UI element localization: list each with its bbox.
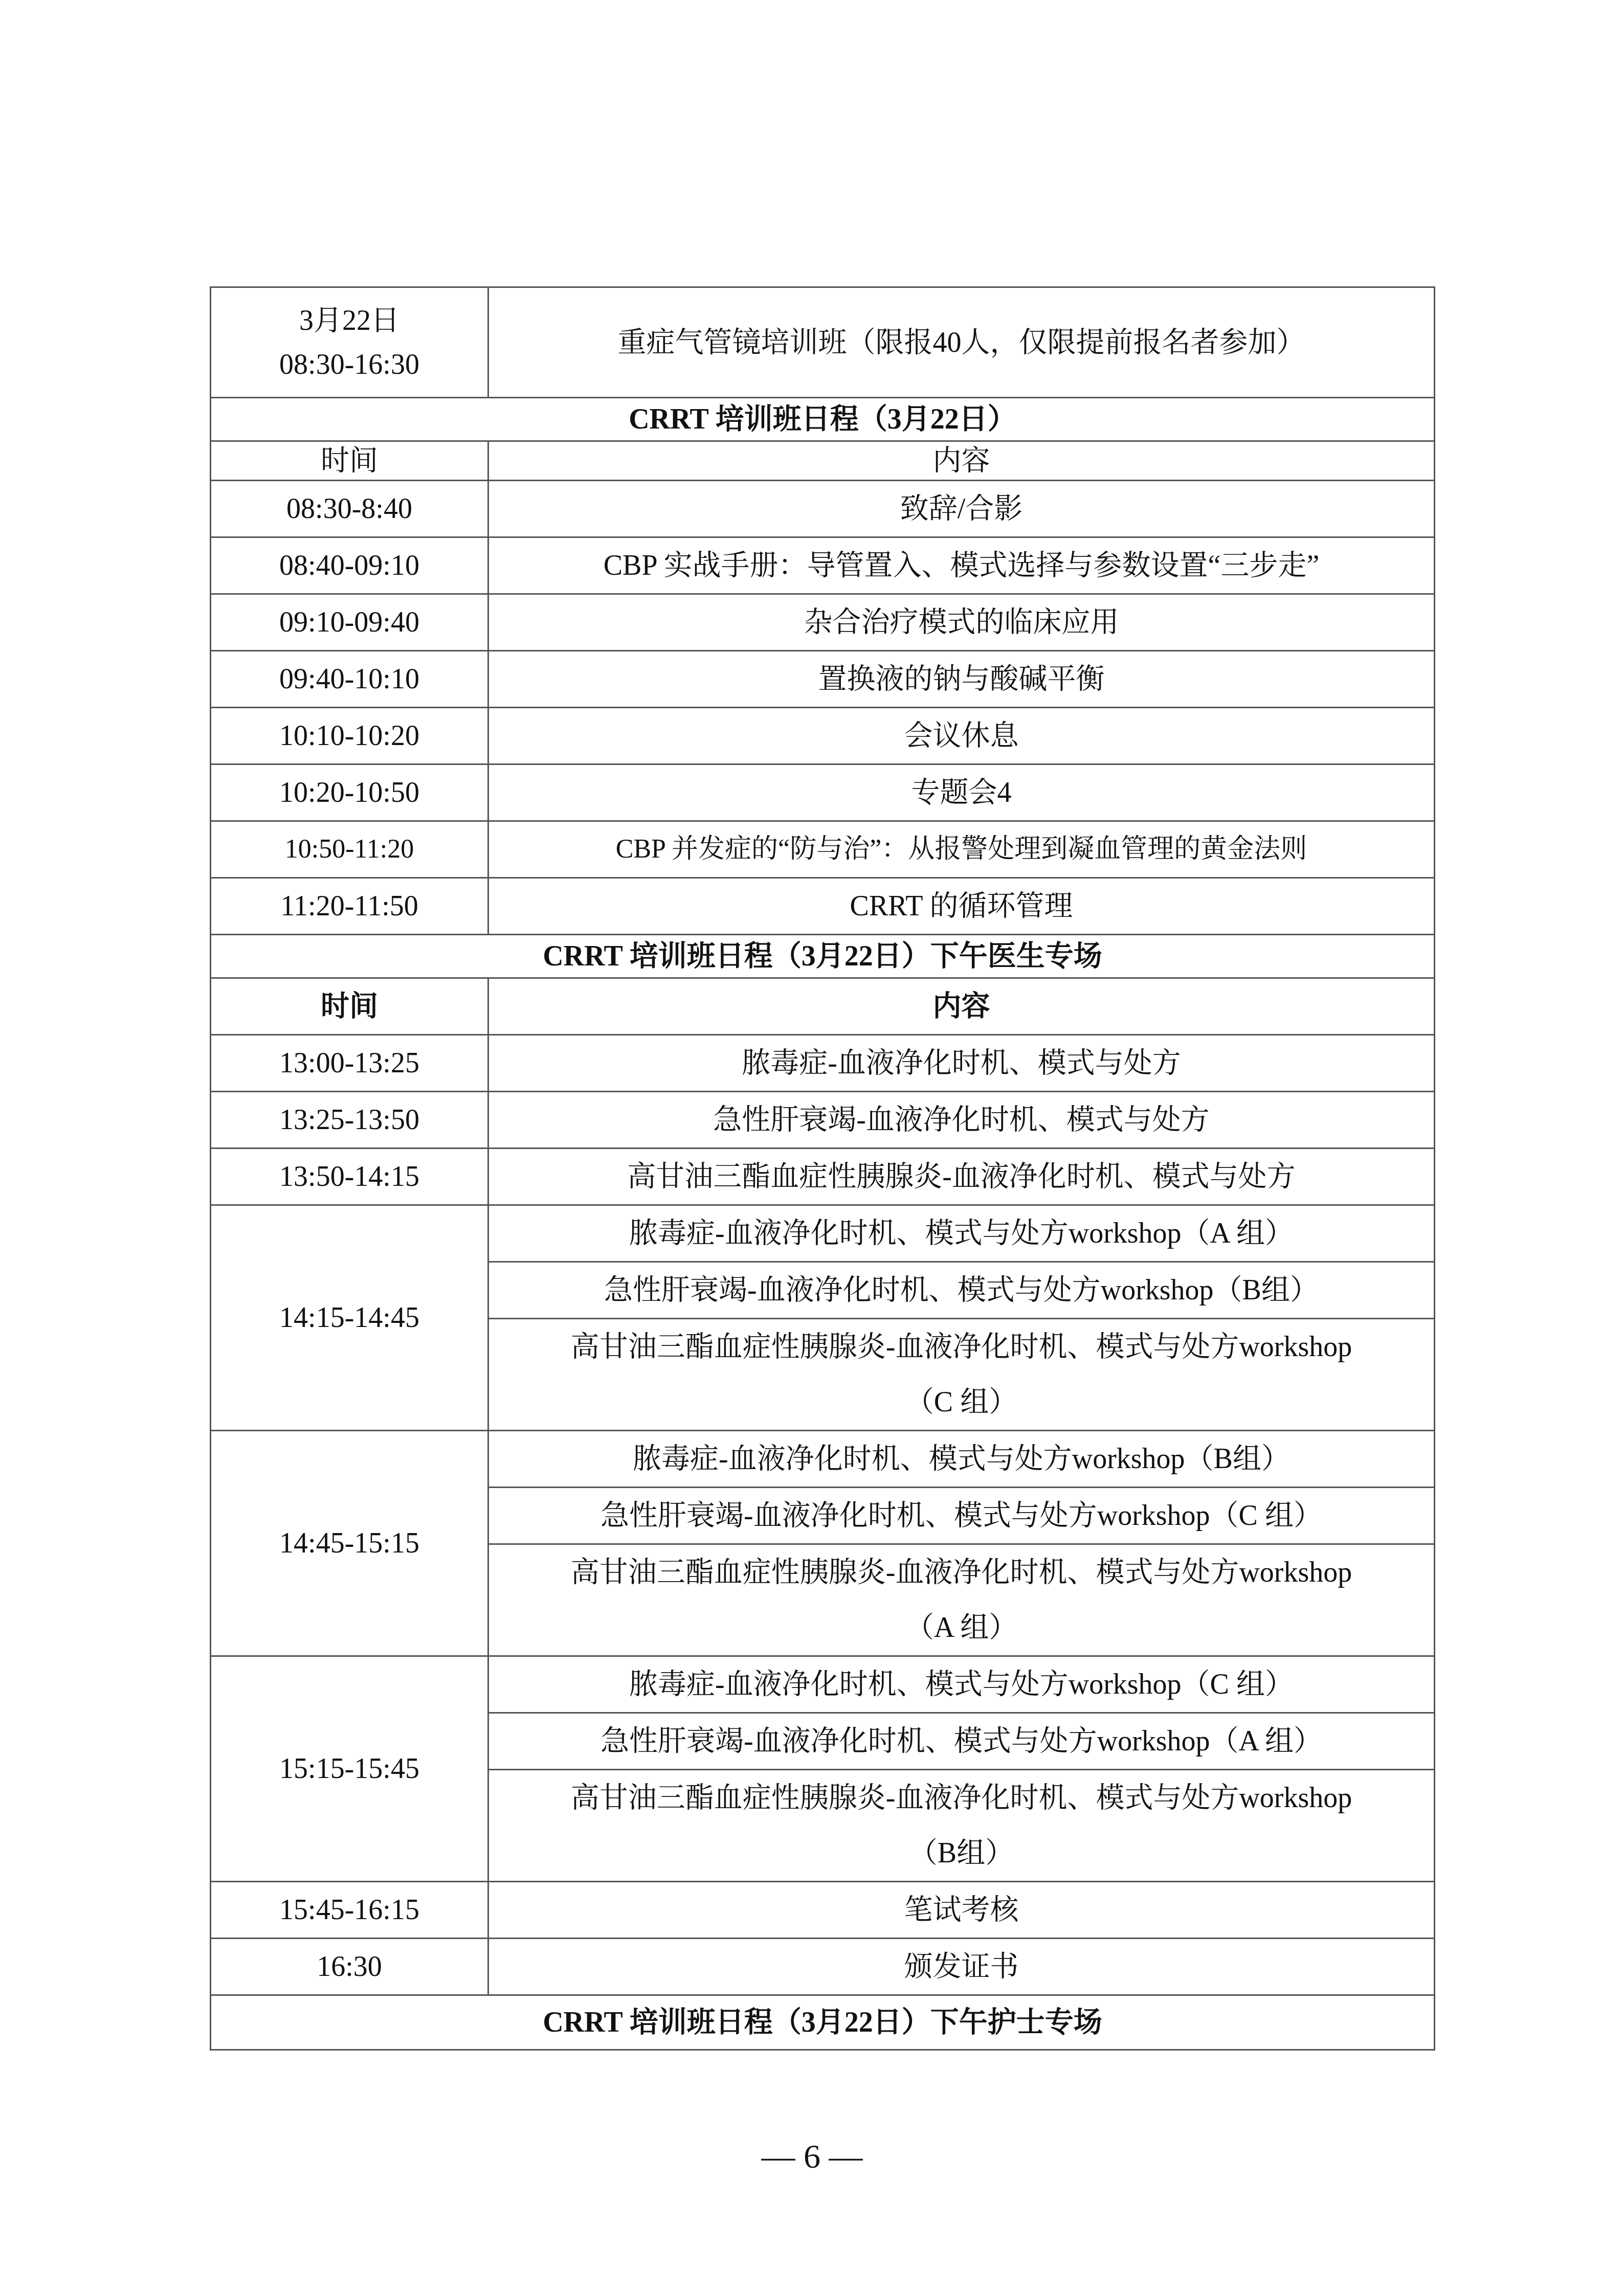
row-time: 15:45-16:15 bbox=[211, 1882, 488, 1939]
table-row: 09:40-10:10置换液的钠与酸碱平衡 bbox=[211, 651, 1435, 708]
intro-row: 3月22日 08:30-16:30 重症气管镜培训班（限报40人，仅限提前报名者… bbox=[211, 287, 1435, 398]
table-row: 08:40-09:10CBP 实战手册：导管置入、模式选择与参数设置“三步走” bbox=[211, 537, 1435, 594]
workshop-item: 脓毒症-血液净化时机、模式与处方workshop（C 组） bbox=[488, 1656, 1435, 1713]
nurse-section-row: CRRT 培训班日程（3月22日）下午护士专场 bbox=[211, 1995, 1435, 2050]
table-row: 08:30-8:40致辞/合影 bbox=[211, 481, 1435, 537]
schedule-table: 3月22日 08:30-16:30 重症气管镜培训班（限报40人，仅限提前报名者… bbox=[210, 286, 1435, 2051]
row-time: 10:10-10:20 bbox=[211, 708, 488, 764]
workshop-item: 急性肝衰竭-血液净化时机、模式与处方workshop（B组） bbox=[488, 1262, 1435, 1319]
workshop-time: 15:15-15:45 bbox=[211, 1656, 488, 1882]
workshop-item: 急性肝衰竭-血液净化时机、模式与处方workshop（C 组） bbox=[488, 1488, 1435, 1544]
header-time: 时间 bbox=[211, 441, 488, 481]
table-row: 15:45-16:15笔试考核 bbox=[211, 1882, 1435, 1939]
workshop-item-line2: （A 组） bbox=[499, 1600, 1423, 1655]
table-row: 16:30颁发证书 bbox=[211, 1939, 1435, 1995]
workshop-item-line1: 高甘油三酯血症性胰腺炎-血液净化时机、模式与处方workshop bbox=[499, 1545, 1423, 1600]
workshop-item-line2: （C 组） bbox=[499, 1375, 1423, 1430]
row-time: 09:40-10:10 bbox=[211, 651, 488, 708]
doctor-section-title: CRRT 培训班日程（3月22日）下午医生专场 bbox=[211, 935, 1435, 978]
workshop-item-line1: 高甘油三酯血症性胰腺炎-血液净化时机、模式与处方workshop bbox=[499, 1770, 1423, 1826]
workshop-item: 急性肝衰竭-血液净化时机、模式与处方workshop（A 组） bbox=[488, 1713, 1435, 1770]
row-content: CRRT 的循环管理 bbox=[488, 878, 1435, 935]
workshop-item: 脓毒症-血液净化时机、模式与处方workshop（A 组） bbox=[488, 1205, 1435, 1262]
row-content: 会议休息 bbox=[488, 708, 1435, 764]
row-content: 高甘油三酯血症性胰腺炎-血液净化时机、模式与处方 bbox=[488, 1149, 1435, 1205]
intro-time: 08:30-16:30 bbox=[221, 343, 477, 387]
intro-content: 重症气管镜培训班（限报40人，仅限提前报名者参加） bbox=[488, 287, 1435, 398]
row-time: 13:25-13:50 bbox=[211, 1092, 488, 1149]
doctor-section-row: CRRT 培训班日程（3月22日）下午医生专场 bbox=[211, 935, 1435, 978]
row-content: 颁发证书 bbox=[488, 1939, 1435, 1995]
row-time: 10:50-11:20 bbox=[211, 821, 488, 878]
table-row: 13:50-14:15高甘油三酯血症性胰腺炎-血液净化时机、模式与处方 bbox=[211, 1149, 1435, 1205]
row-content: 笔试考核 bbox=[488, 1882, 1435, 1939]
morning-section-title: CRRT 培训班日程（3月22日） bbox=[211, 398, 1435, 441]
row-content: 脓毒症-血液净化时机、模式与处方 bbox=[488, 1035, 1435, 1092]
workshop-time: 14:15-14:45 bbox=[211, 1205, 488, 1431]
intro-datetime-cell: 3月22日 08:30-16:30 bbox=[211, 287, 488, 398]
doctor-header-row: 时间 内容 bbox=[211, 978, 1435, 1035]
row-time: 10:20-10:50 bbox=[211, 764, 488, 821]
row-content: 置换液的钠与酸碱平衡 bbox=[488, 651, 1435, 708]
row-time: 11:20-11:50 bbox=[211, 878, 488, 935]
table-row: 11:20-11:50CRRT 的循环管理 bbox=[211, 878, 1435, 935]
intro-date: 3月22日 bbox=[221, 299, 477, 343]
row-time: 13:00-13:25 bbox=[211, 1035, 488, 1092]
workshop-item: 高甘油三酯血症性胰腺炎-血液净化时机、模式与处方workshop （A 组） bbox=[488, 1544, 1435, 1656]
page-number: — 6 — bbox=[0, 2137, 1624, 2176]
row-content: 杂合治疗模式的临床应用 bbox=[488, 594, 1435, 651]
row-time: 13:50-14:15 bbox=[211, 1149, 488, 1205]
row-time: 08:30-8:40 bbox=[211, 481, 488, 537]
workshop-row: 14:45-15:15 脓毒症-血液净化时机、模式与处方workshop（B组） bbox=[211, 1431, 1435, 1488]
workshop-row: 14:15-14:45 脓毒症-血液净化时机、模式与处方workshop（A 组… bbox=[211, 1205, 1435, 1262]
row-content: 急性肝衰竭-血液净化时机、模式与处方 bbox=[488, 1092, 1435, 1149]
header-content: 内容 bbox=[488, 978, 1435, 1035]
workshop-time: 14:45-15:15 bbox=[211, 1431, 488, 1656]
table-row: 10:20-10:50专题会4 bbox=[211, 764, 1435, 821]
table-row: 13:25-13:50急性肝衰竭-血液净化时机、模式与处方 bbox=[211, 1092, 1435, 1149]
workshop-row: 15:15-15:45 脓毒症-血液净化时机、模式与处方workshop（C 组… bbox=[211, 1656, 1435, 1713]
row-time: 09:10-09:40 bbox=[211, 594, 488, 651]
workshop-item: 高甘油三酯血症性胰腺炎-血液净化时机、模式与处方workshop （B组） bbox=[488, 1770, 1435, 1882]
table-row: 13:00-13:25脓毒症-血液净化时机、模式与处方 bbox=[211, 1035, 1435, 1092]
table-row: 10:10-10:20会议休息 bbox=[211, 708, 1435, 764]
row-content: 专题会4 bbox=[488, 764, 1435, 821]
header-content: 内容 bbox=[488, 441, 1435, 481]
workshop-item-line2: （B组） bbox=[499, 1826, 1423, 1881]
workshop-item: 脓毒症-血液净化时机、模式与处方workshop（B组） bbox=[488, 1431, 1435, 1488]
workshop-item: 高甘油三酯血症性胰腺炎-血液净化时机、模式与处方workshop （C 组） bbox=[488, 1319, 1435, 1431]
row-content: 致辞/合影 bbox=[488, 481, 1435, 537]
nurse-section-title: CRRT 培训班日程（3月22日）下午护士专场 bbox=[211, 1995, 1435, 2050]
row-time: 16:30 bbox=[211, 1939, 488, 1995]
row-content: CBP 并发症的“防与治”：从报警处理到凝血管理的黄金法则 bbox=[488, 821, 1435, 878]
morning-header-row: 时间 内容 bbox=[211, 441, 1435, 481]
table-row: 10:50-11:20CBP 并发症的“防与治”：从报警处理到凝血管理的黄金法则 bbox=[211, 821, 1435, 878]
header-time: 时间 bbox=[211, 978, 488, 1035]
row-content: CBP 实战手册：导管置入、模式选择与参数设置“三步走” bbox=[488, 537, 1435, 594]
table-row: 09:10-09:40杂合治疗模式的临床应用 bbox=[211, 594, 1435, 651]
row-time: 08:40-09:10 bbox=[211, 537, 488, 594]
morning-section-row: CRRT 培训班日程（3月22日） bbox=[211, 398, 1435, 441]
workshop-item-line1: 高甘油三酯血症性胰腺炎-血液净化时机、模式与处方workshop bbox=[499, 1319, 1423, 1375]
